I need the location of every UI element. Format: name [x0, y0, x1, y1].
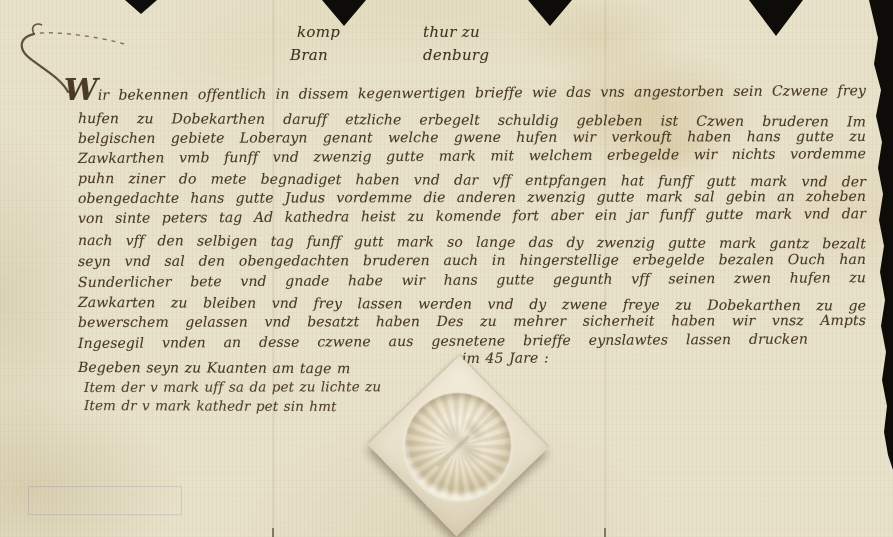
manuscript-line: seyn vnd sal den obengedachten bruderen … [78, 252, 866, 271]
manuscript-closing-right: im 45 Jare : [462, 350, 549, 368]
right-edge-tear [861, 0, 893, 537]
archive-stamp [28, 486, 182, 515]
notch-icon [749, 0, 803, 36]
manuscript-line: obengedachte hans gutte Judus vordemme d… [78, 189, 866, 208]
manuscript-closing-left: Begeben seyn zu Kuanten am tage m [78, 360, 351, 378]
top-edge-notches [0, 0, 893, 50]
notch-icon [125, 0, 157, 14]
manuscript-line: nach vff den selbigen tag funff gutt mar… [78, 233, 866, 253]
manuscript-line: belgischen gebiete Loberayn genant welch… [78, 129, 866, 148]
chancery-note: Item dr v mark kathedr pet sin hmt [84, 398, 337, 416]
seal-eagle-motif [419, 404, 500, 484]
manuscript-line: bewerschem gelassen vnd besatzt haben De… [78, 313, 866, 332]
notch-icon [322, 0, 366, 26]
chancery-note: Item der v mark uff sa da pet zu lichte … [84, 379, 381, 397]
notch-icon [528, 0, 572, 26]
manuscript-photo: komp thur zu Bran denburg Wir bekennen o… [0, 0, 893, 537]
